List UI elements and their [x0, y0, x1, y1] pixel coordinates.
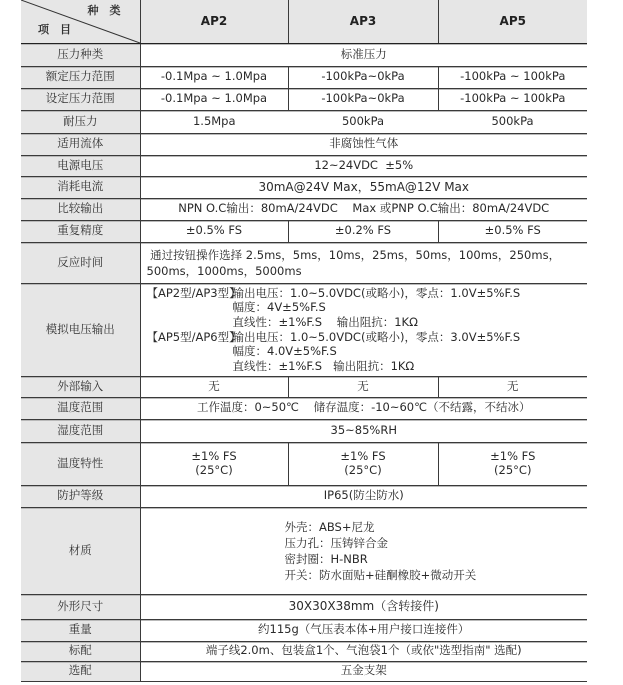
table-row: 重复精度 ±0.5% FS ±0.2% FS ±0.5% FS: [21, 220, 587, 242]
model-header-ap3: AP3: [288, 0, 438, 43]
row-label: 压力种类: [21, 43, 140, 66]
cell-value: -0.1Mpa ~ 1.0Mpa: [140, 66, 288, 88]
table-row: 外部输入 无 无 无: [21, 376, 587, 397]
cell-value: 外壳：ABS+尼龙 压力孔：压铸锌合金 密封圈：H-NBR 开关：防水面贴+硅酮…: [140, 507, 587, 594]
row-label: 适用流体: [21, 133, 140, 155]
cell-value: ±1% FS (25°C): [140, 442, 288, 485]
analog-line: 直线性：±1%F.S 输出阻抗：1KΩ: [233, 315, 588, 330]
analog-group-ap2-ap3: 【AP2型/AP3型】 输出电压：1.0~5.0VDC(或略小)，零点：1.0V…: [147, 286, 588, 330]
cell-value: 【AP2型/AP3型】 输出电压：1.0~5.0VDC(或略小)，零点：1.0V…: [140, 283, 587, 376]
row-label: 模拟电压输出: [21, 283, 140, 376]
analog-line: 幅度：4.0V±5%F.S: [233, 344, 588, 359]
row-label: 反应时间: [21, 242, 140, 283]
cell-value: 无: [288, 376, 438, 397]
cell-value: 约115g（气压表本体+用户接口连接件）: [140, 619, 587, 641]
analog-line: 输出电压：1.0~5.0VDC(或略小)，零点：3.0V±5%F.S: [233, 330, 588, 345]
cell-value: 500kPa: [438, 110, 587, 133]
row-label: 选配: [21, 661, 140, 681]
table-row: 温度特性 ±1% FS (25°C) ±1% FS (25°C) ±1% FS …: [21, 442, 587, 485]
cell-value: NPN O.C输出：80mA/24VDC Max 或PNP O.C输出：80mA…: [140, 198, 587, 220]
cell-value: ±1% FS (25°C): [288, 442, 438, 485]
temp-char-condition: (25°C): [141, 464, 288, 478]
temp-char-value: ±1% FS: [289, 450, 438, 464]
cell-value: 无: [140, 376, 288, 397]
table-row: 重量 约115g（气压表本体+用户接口连接件）: [21, 619, 587, 641]
table-row: 消耗电流 30mA@24V Max，55mA@12V Max: [21, 176, 587, 198]
cell-value: ±1% FS (25°C): [438, 442, 587, 485]
table-row: 压力种类 标准压力: [21, 43, 587, 66]
analog-line: 幅度：4V±5%F.S: [233, 300, 588, 315]
row-label: 标配: [21, 641, 140, 661]
cell-value: 30X30X38mm（含转接件): [140, 594, 587, 619]
cell-value: 500kPa: [288, 110, 438, 133]
analog-line: 输出电压：1.0~5.0VDC(或略小)，零点：1.0V±5%F.S: [233, 286, 588, 301]
material-line: 开关：防水面贴+硅酮橡胶+微动开关: [285, 567, 588, 583]
row-label: 材质: [21, 507, 140, 594]
material-line: 压力孔：压铸锌合金: [285, 535, 588, 551]
cell-value: ±0.5% FS: [140, 220, 288, 242]
response-time-line-1: 通过按钮操作选择 2.5ms，5ms，10ms，25ms，50ms，100ms，…: [147, 247, 588, 263]
cell-value: IP65(防尘防水): [140, 485, 587, 507]
row-label: 电源电压: [21, 155, 140, 176]
cell-value: 35~85%RH: [140, 419, 587, 442]
row-label: 湿度范围: [21, 419, 140, 442]
row-label: 消耗电流: [21, 176, 140, 198]
table-row: 设定压力范围 -0.1Mpa ~ 1.0Mpa -100kPa~0kPa -10…: [21, 88, 587, 110]
table-row: 温度范围 工作温度：0~50℃ 储存温度：-10~60℃（不结露，不结冰）: [21, 397, 587, 419]
header-row: 种类 项目 AP2 AP3 AP5: [21, 0, 587, 43]
row-label: 耐压力: [21, 110, 140, 133]
table-row: 额定压力范围 -0.1Mpa ~ 1.0Mpa -100kPa~0kPa -10…: [21, 66, 587, 88]
cell-value: 非腐蚀性气体: [140, 133, 587, 155]
row-label: 防护等级: [21, 485, 140, 507]
table-row: 耐压力 1.5Mpa 500kPa 500kPa: [21, 110, 587, 133]
table-row: 材质 外壳：ABS+尼龙 压力孔：压铸锌合金 密封圈：H-NBR 开关：防水面贴…: [21, 507, 587, 594]
analog-group-tag: 【AP5型/AP6型】: [147, 330, 233, 345]
spec-table: 种类 项目 AP2 AP3 AP5 压力种类 标准压力 额定压力范围 -0.1M…: [21, 0, 587, 682]
cell-value: 标准压力: [140, 43, 587, 66]
analog-group-ap5-ap6: 【AP5型/AP6型】 输出电压：1.0~5.0VDC(或略小)，零点：3.0V…: [147, 330, 588, 374]
temp-char-value: ±1% FS: [439, 450, 588, 464]
temp-char-value: ±1% FS: [141, 450, 288, 464]
row-label: 温度范围: [21, 397, 140, 419]
temp-char-condition: (25°C): [439, 464, 588, 478]
model-header-ap5: AP5: [438, 0, 587, 43]
cell-value: ±0.5% FS: [438, 220, 587, 242]
table-row: 适用流体 非腐蚀性气体: [21, 133, 587, 155]
corner-item-label: 项目: [38, 23, 82, 36]
analog-line: 直线性：±1%F.S 输出阻抗：1KΩ: [233, 359, 588, 374]
cell-value: 端子线2.0m、包装盒1个、气泡袋1个（或依"选型指南" 选配): [140, 641, 587, 661]
corner-kind-label: 种类: [88, 4, 132, 17]
table-row: 模拟电压输出 【AP2型/AP3型】 输出电压：1.0~5.0VDC(或略小)，…: [21, 283, 587, 376]
table-row: 湿度范围 35~85%RH: [21, 419, 587, 442]
cell-value: -100kPa ~ 100kPa: [438, 88, 587, 110]
table-row: 比较输出 NPN O.C输出：80mA/24VDC Max 或PNP O.C输出…: [21, 198, 587, 220]
cell-value: -100kPa~0kPa: [288, 66, 438, 88]
cell-value: 五金支架: [140, 661, 587, 681]
cell-value: -0.1Mpa ~ 1.0Mpa: [140, 88, 288, 110]
row-label: 设定压力范围: [21, 88, 140, 110]
cell-value: 工作温度：0~50℃ 储存温度：-10~60℃（不结露，不结冰）: [140, 397, 587, 419]
table-row: 防护等级 IP65(防尘防水): [21, 485, 587, 507]
cell-value: 30mA@24V Max，55mA@12V Max: [140, 176, 587, 198]
material-list: 外壳：ABS+尼龙 压力孔：压铸锌合金 密封圈：H-NBR 开关：防水面贴+硅酮…: [141, 519, 588, 583]
table-row: 反应时间 通过按钮操作选择 2.5ms，5ms，10ms，25ms，50ms，1…: [21, 242, 587, 283]
cell-value: 无: [438, 376, 587, 397]
material-line: 外壳：ABS+尼龙: [285, 519, 588, 535]
row-label: 重复精度: [21, 220, 140, 242]
table-row: 电源电压 12~24VDC ±5%: [21, 155, 587, 176]
row-label: 重量: [21, 619, 140, 641]
row-label: 比较输出: [21, 198, 140, 220]
row-label: 额定压力范围: [21, 66, 140, 88]
table-row: 选配 五金支架: [21, 661, 587, 681]
row-label: 外部输入: [21, 376, 140, 397]
material-line: 密封圈：H-NBR: [285, 551, 588, 567]
cell-value: -100kPa~0kPa: [288, 88, 438, 110]
cell-value: 12~24VDC ±5%: [140, 155, 587, 176]
analog-group-tag: 【AP2型/AP3型】: [147, 286, 233, 301]
response-time-line-2: 500ms，1000ms，5000ms: [147, 263, 588, 279]
table-row: 标配 端子线2.0m、包装盒1个、气泡袋1个（或依"选型指南" 选配): [21, 641, 587, 661]
model-header-ap2: AP2: [140, 0, 288, 43]
cell-value: 1.5Mpa: [140, 110, 288, 133]
corner-cell: 种类 项目: [21, 0, 140, 43]
cell-value: -100kPa ~ 100kPa: [438, 66, 587, 88]
table-row: 外形尺寸 30X30X38mm（含转接件): [21, 594, 587, 619]
cell-value: 通过按钮操作选择 2.5ms，5ms，10ms，25ms，50ms，100ms，…: [140, 242, 587, 283]
cell-value: ±0.2% FS: [288, 220, 438, 242]
row-label: 温度特性: [21, 442, 140, 485]
temp-char-condition: (25°C): [289, 464, 438, 478]
row-label: 外形尺寸: [21, 594, 140, 619]
